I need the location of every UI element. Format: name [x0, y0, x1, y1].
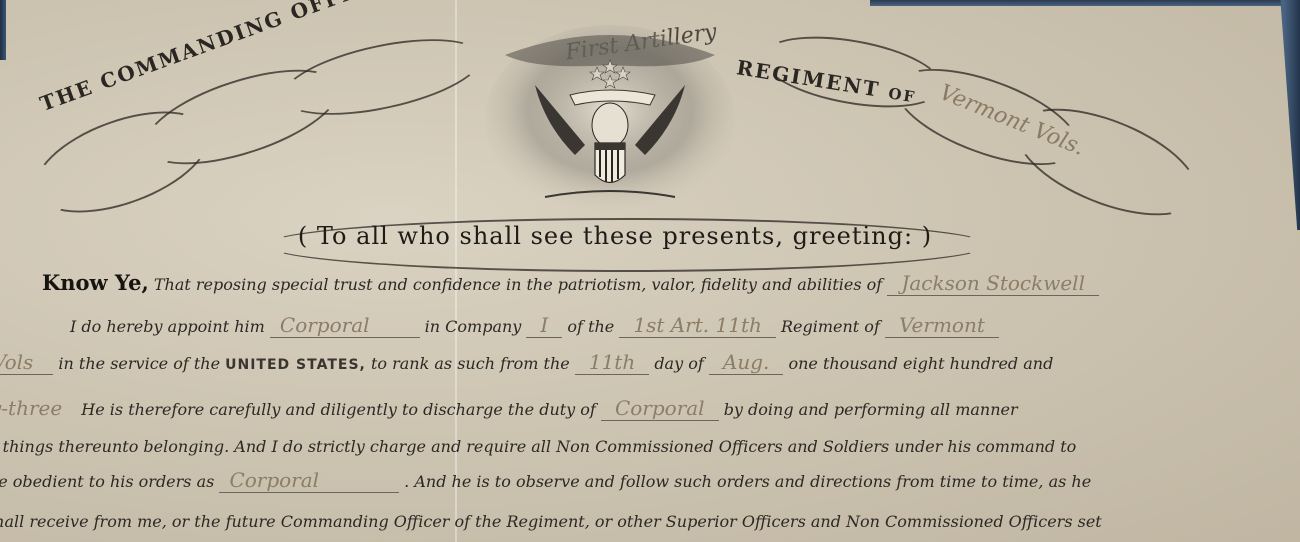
- body-line-7: shall receive from me, or the future Com…: [0, 512, 1102, 531]
- day-field: 11th: [575, 350, 649, 375]
- year-continued-field: sixty-three: [0, 396, 76, 420]
- body-text: Regiment of: [781, 317, 880, 336]
- company-field: I: [526, 313, 562, 338]
- rank-field: Corporal: [270, 313, 420, 338]
- frame-top-edge: [870, 0, 1300, 6]
- orders-rank-field: Corporal: [219, 468, 399, 493]
- eagle-emblem-icon: [485, 25, 735, 215]
- body-line-5: of things thereunto belonging. And I do …: [0, 437, 1076, 456]
- know-ye-lead: Know Ye,: [42, 270, 149, 295]
- body-text: in Company: [425, 317, 522, 336]
- month-field: Aug.: [709, 350, 783, 375]
- greeting-heading: ( To all who shall see these presents, g…: [255, 222, 975, 250]
- body-line-4: sixty-three He is therefore carefully an…: [0, 396, 1018, 420]
- body-text: by doing and performing all manner: [724, 400, 1018, 419]
- body-text: . And he is to observe and follow such o…: [404, 472, 1091, 491]
- body-text: I do hereby appoint him: [70, 317, 265, 336]
- body-line-2: I do hereby appoint him Corporal in Comp…: [70, 313, 999, 337]
- body-text: day of: [654, 354, 703, 373]
- body-line-1: Know Ye, That reposing special trust and…: [42, 270, 1099, 295]
- body-text: He is therefore carefully and diligently…: [81, 400, 596, 419]
- body-text: That reposing special trust and confiden…: [154, 275, 882, 294]
- frame-left-edge: [0, 0, 6, 60]
- regiment-field: 1st Art. 11th: [619, 313, 776, 338]
- state-field: Vermont: [885, 313, 999, 338]
- body-text: one thousand eight hundred and: [788, 354, 1053, 373]
- body-text: of the: [567, 317, 614, 336]
- duty-rank-field: Corporal: [601, 396, 719, 421]
- body-text: be obedient to his orders as: [0, 472, 214, 491]
- header-of-word: OF: [887, 84, 917, 106]
- body-line-3: Vols in the service of the UNITED STATES…: [0, 350, 1053, 374]
- state-continued-field: Vols: [0, 350, 53, 375]
- united-states-text: UNITED STATES,: [225, 357, 366, 373]
- body-text: in the service of the: [58, 354, 220, 373]
- body-text: to rank as such from the: [371, 354, 570, 373]
- appointee-name-field: Jackson Stockwell: [887, 271, 1099, 296]
- body-line-6: be obedient to his orders as Corporal . …: [0, 468, 1091, 492]
